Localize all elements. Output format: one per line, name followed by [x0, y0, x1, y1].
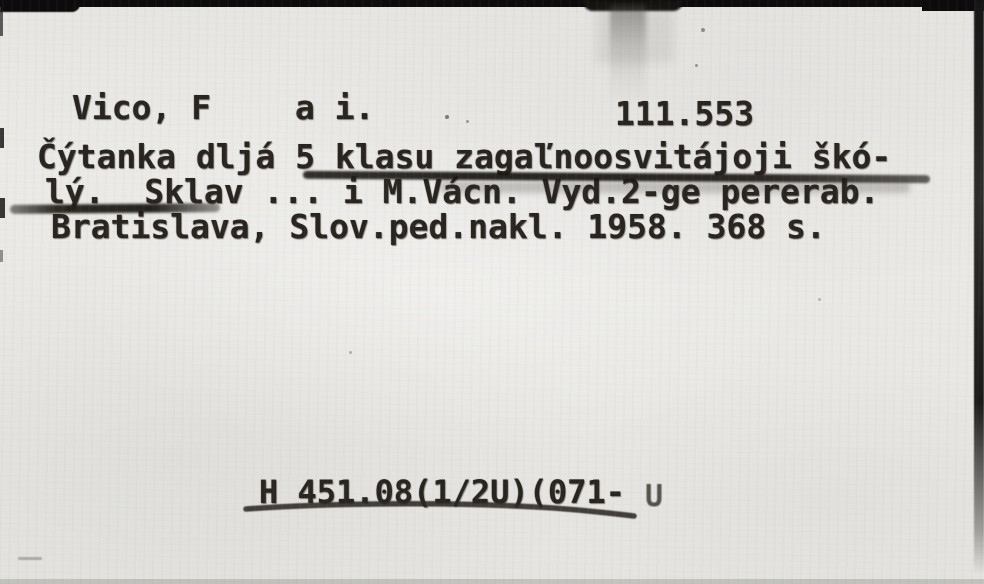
paper-speck: [466, 120, 469, 123]
inventory-number: 111.553: [615, 97, 754, 130]
call-number-annotation: U: [645, 482, 663, 512]
scan-edge-left-mark: [0, 198, 5, 218]
paper-speck: [695, 64, 698, 67]
author-name: Vico, F: [72, 91, 211, 124]
paper-speck: [18, 557, 42, 560]
title-line-1-plain: Čýtanka dljá: [37, 137, 295, 176]
paper-speck: [349, 351, 352, 354]
scan-edge-top-left: [0, 0, 80, 12]
paper-speck: [701, 28, 705, 32]
scan-edge-bottom: [0, 579, 984, 584]
title-line-1-underlined-text: 5 klasu zagaľnoosvitájoji škó-: [295, 137, 891, 176]
scan-edge-top: [0, 0, 984, 7]
scan-edge-left-mark: [0, 128, 4, 148]
scan-edge-right: [974, 0, 984, 575]
scan-edge-left-mark: [0, 250, 3, 262]
paper-speck: [445, 115, 449, 119]
underline-smear: [440, 181, 910, 193]
scan-edge-left-mark: [0, 10, 3, 36]
author-et-al: a i.: [295, 91, 374, 124]
title-line-1: Čýtanka dljá 5 klasu zagaľnoosvitájoji š…: [37, 140, 891, 173]
catalog-card-scan: Vico, F a i. 111.553 Čýtanka dljá 5 klas…: [0, 0, 984, 584]
left-underline-stroke: [10, 203, 220, 214]
ink-smudge-halo: [596, 8, 674, 63]
call-number-underline-stroke: [236, 497, 646, 523]
imprint-line: Bratislava, Slov.ped.nakl. 1958. 368 s.: [51, 210, 826, 243]
paper-speck: [818, 298, 821, 301]
